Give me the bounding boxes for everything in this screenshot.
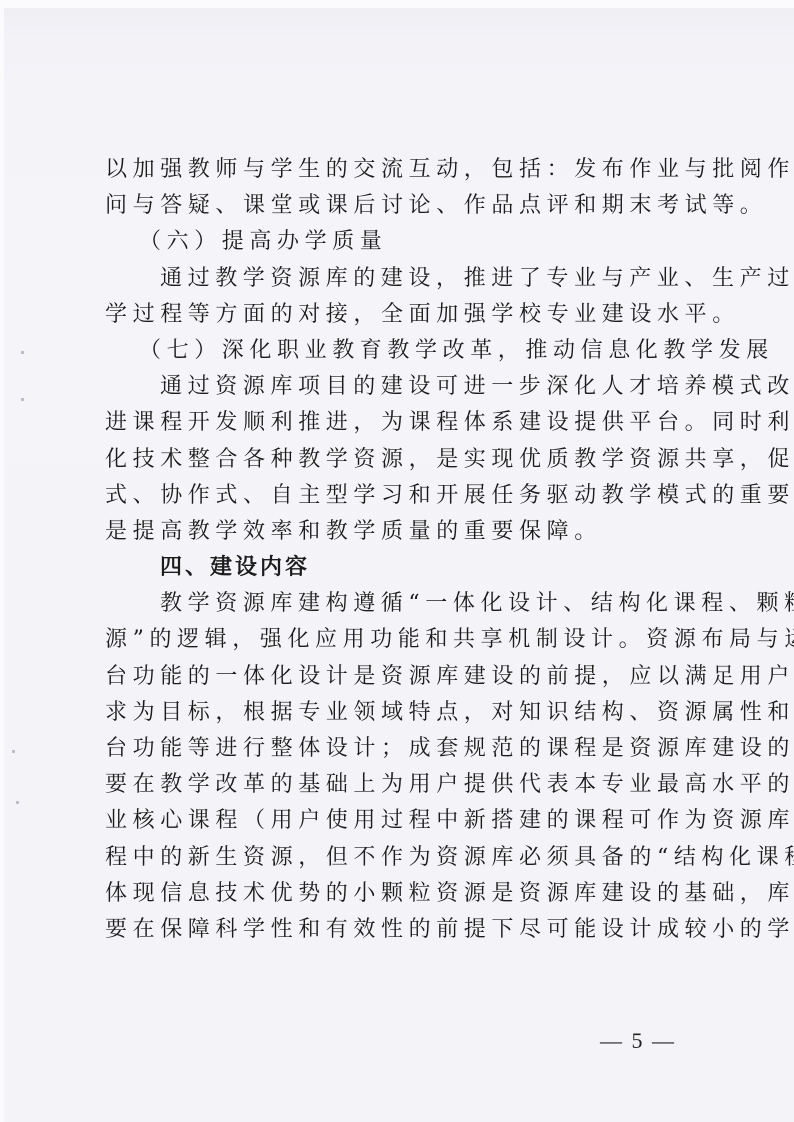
paragraph-line: 台功能等进行整体设计；成套规范的课程是资源库建设的重点， — [105, 731, 695, 767]
page-number: — 5 — — [600, 1028, 676, 1054]
paragraph-line: 化技术整合各种教学资源，是实现优质教学资源共享，促进主动 — [105, 442, 695, 478]
document-page: 以加强教师与学生的交流互动，包括：发布作业与批阅作业、提 问与答疑、课堂或课后讨… — [0, 0, 794, 1122]
paragraph-line: 进课程开发顺利推进，为课程体系建设提供平台。同时利用信息 — [105, 405, 695, 441]
paragraph-line: 要在保障科学性和有效性的前提下尽可能设计成较小的学习单 — [105, 912, 695, 948]
document-body: 以加强教师与学生的交流互动，包括：发布作业与批阅作业、提 问与答疑、课堂或课后讨… — [105, 152, 695, 948]
section-heading-4: 四、建设内容 — [105, 550, 695, 586]
scan-left-edge — [0, 0, 4, 1122]
paragraph-line: 学过程等方面的对接，全面加强学校专业建设水平。 — [105, 297, 695, 333]
paragraph-line: 要在教学改革的基础上为用户提供代表本专业最高水平的整套专 — [105, 767, 695, 803]
paragraph-line: 业核心课程（用户使用过程中新搭建的课程可作为资源库运行过 — [105, 803, 695, 839]
paragraph-line: 是提高教学效率和教学质量的重要保障。 — [105, 514, 695, 550]
scan-top-edge — [0, 0, 794, 8]
paragraph-line: 求为目标，根据专业领域特点，对知识结构、资源属性和运行平 — [105, 695, 695, 731]
section-subheading-6: （六）提高办学质量 — [105, 224, 695, 260]
paragraph-line: 源”的逻辑，强化应用功能和共享机制设计。资源布局与运行平 — [105, 622, 695, 658]
scan-speck — [12, 750, 15, 753]
paragraph-line: 程中的新生资源，但不作为资源库必须具备的“结构化课程”）； — [105, 840, 695, 876]
paragraph-line: 教学资源库建构遵循“一体化设计、结构化课程、颗粒化资 — [105, 586, 695, 622]
paragraph-line: 体现信息技术优势的小颗粒资源是资源库建设的基础，库内资源 — [105, 876, 695, 912]
paragraph-line: 问与答疑、课堂或课后讨论、作品点评和期末考试等。 — [105, 188, 695, 224]
paragraph-line: 式、协作式、自主型学习和开展任务驱动教学模式的重要途径， — [105, 478, 695, 514]
scan-speck — [21, 351, 24, 354]
paragraph-line: 以加强教师与学生的交流互动，包括：发布作业与批阅作业、提 — [105, 152, 695, 188]
scan-speck — [16, 801, 19, 804]
paragraph-line: 通过资源库项目的建设可进一步深化人才培养模式改革，促 — [105, 369, 695, 405]
section-subheading-7: （七）深化职业教育教学改革，推动信息化教学发展 — [105, 333, 695, 369]
paragraph-line: 通过教学资源库的建设，推进了专业与产业、生产过程与教 — [105, 261, 695, 297]
scan-speck — [21, 398, 24, 401]
paragraph-line: 台功能的一体化设计是资源库建设的前提，应以满足用户使用需 — [105, 659, 695, 695]
